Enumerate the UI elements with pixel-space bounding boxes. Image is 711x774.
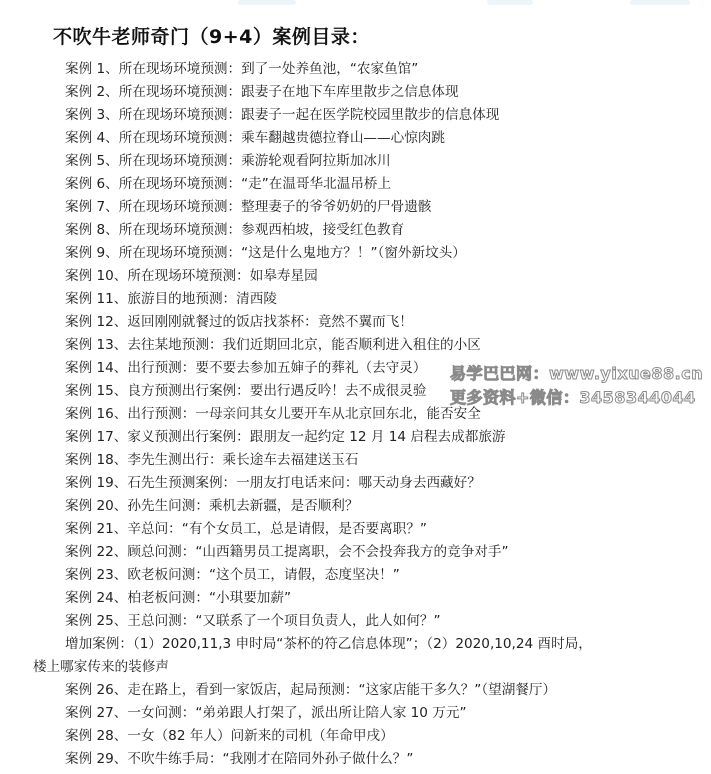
- list-item: 案例 18、李先生测出行：乘长途车去福建送玉石: [65, 449, 359, 471]
- list-item: 案例 27、一女问测：“弟弟跟人打架了，派出所让陪人家 10 万元”: [65, 702, 467, 724]
- watermark-line-1: 易学巴巴网：www.yixue88.cn: [450, 362, 710, 386]
- list-item: 案例 25、王总问测：“又联系了一个项目负责人，此人如何？”: [65, 610, 441, 632]
- list-item: 案例 4、所在现场环境预测：乘车翻越贵德拉脊山——心惊肉跳: [65, 127, 445, 149]
- list-item: 案例 6、所在现场环境预测：“走”在温哥华北温吊桥上: [65, 173, 391, 195]
- list-item: 案例 29、不吹牛练手局：“我刚才在陪同外孙子做什么？”: [65, 748, 413, 770]
- list-item: 案例 3、所在现场环境预测：跟妻子一起在医学院校园里散步的信息体现: [65, 104, 499, 126]
- list-item: 案例 26、走在路上，看到一家饭店，起局预测：“这家店能干多久？”（望湖餐厅）: [65, 679, 556, 701]
- list-item: 案例 1、所在现场环境预测：到了一处养鱼池，“农家鱼馆”: [65, 58, 418, 80]
- list-item: 案例 8、所在现场环境预测：参观西柏坡，接受红色教育: [65, 219, 404, 241]
- list-item: 案例 28、一女（82 年人）问新来的司机（年命甲戌）: [65, 725, 394, 747]
- list-item: 案例 5、所在现场环境预测：乘游轮观看阿拉斯加冰川: [65, 150, 391, 172]
- list-item: 增加案例：（1）2020,11,3 申时局“茶杯的符乙信息体现”；（2）2020…: [65, 633, 592, 655]
- list-item: 案例 12、返回刚刚就餐过的饭店找茶杯：竟然不翼而飞！: [65, 311, 413, 333]
- list-item: 案例 22、顾总问测：“山西籍男员工提离职，会不会投奔我方的竞争对手”: [65, 541, 509, 563]
- list-item: 案例 11、旅游目的地预测：清西陵: [65, 288, 277, 310]
- watermark: 易学巴巴网：www.yixue88.cn 更多资料+微信：3458344044: [450, 362, 710, 410]
- list-item: 案例 19、石先生预测案例：一朋友打电话来问：哪天动身去西藏好？: [65, 472, 481, 494]
- list-item: 案例 16、出行预测：一母亲问其女儿要开车从北京回东北，能否安全: [65, 403, 481, 425]
- watermark-line-2: 更多资料+微信：3458344044: [450, 386, 710, 410]
- list-item: 案例 23、欧老板问测：“这个员工，请假，态度坚决！”: [65, 564, 400, 586]
- list-item: 案例 20、孙先生问测：乘机去新疆，是否顺利？: [65, 495, 359, 517]
- list-item: 案例 2、所在现场环境预测：跟妻子在地下车库里散步之信息体现: [65, 81, 459, 103]
- list-item: 案例 17、家义预测出行案例：跟朋友一起约定 12 月 14 启程去成都旅游: [65, 426, 506, 448]
- list-item: 案例 9、所在现场环境预测：“这是什么鬼地方？！”（窗外新坟头）: [65, 242, 466, 264]
- list-item: 案例 13、去往某地预测：我们近期回北京，能否顺利进入租住的小区: [65, 334, 481, 356]
- list-item: 案例 7、所在现场环境预测：整理妻子的爷爷奶奶的尸骨遗骸: [65, 196, 431, 218]
- top-edge-fade: [0, 0, 711, 14]
- list-item: 案例 14、出行预测：要不要去参加五婶子的葬礼（去守灵）: [65, 357, 426, 379]
- list-item: 案例 10、所在现场环境预测：如皋寿星园: [65, 265, 318, 287]
- list-item: 案例 21、辛总问：“有个女员工，总是请假，是否要离职？”: [65, 518, 427, 540]
- list-item: 案例 15、良方预测出行案例：要出行遇反吟！去不成很灵验: [65, 380, 426, 402]
- list-item-continuation: 楼上哪家传来的装修声: [33, 656, 169, 678]
- list-item: 案例 24、柏老板问测：“小琪要加薪”: [65, 587, 291, 609]
- document-title: 不吹牛老师奇门（9+4）案例目录：: [53, 22, 370, 49]
